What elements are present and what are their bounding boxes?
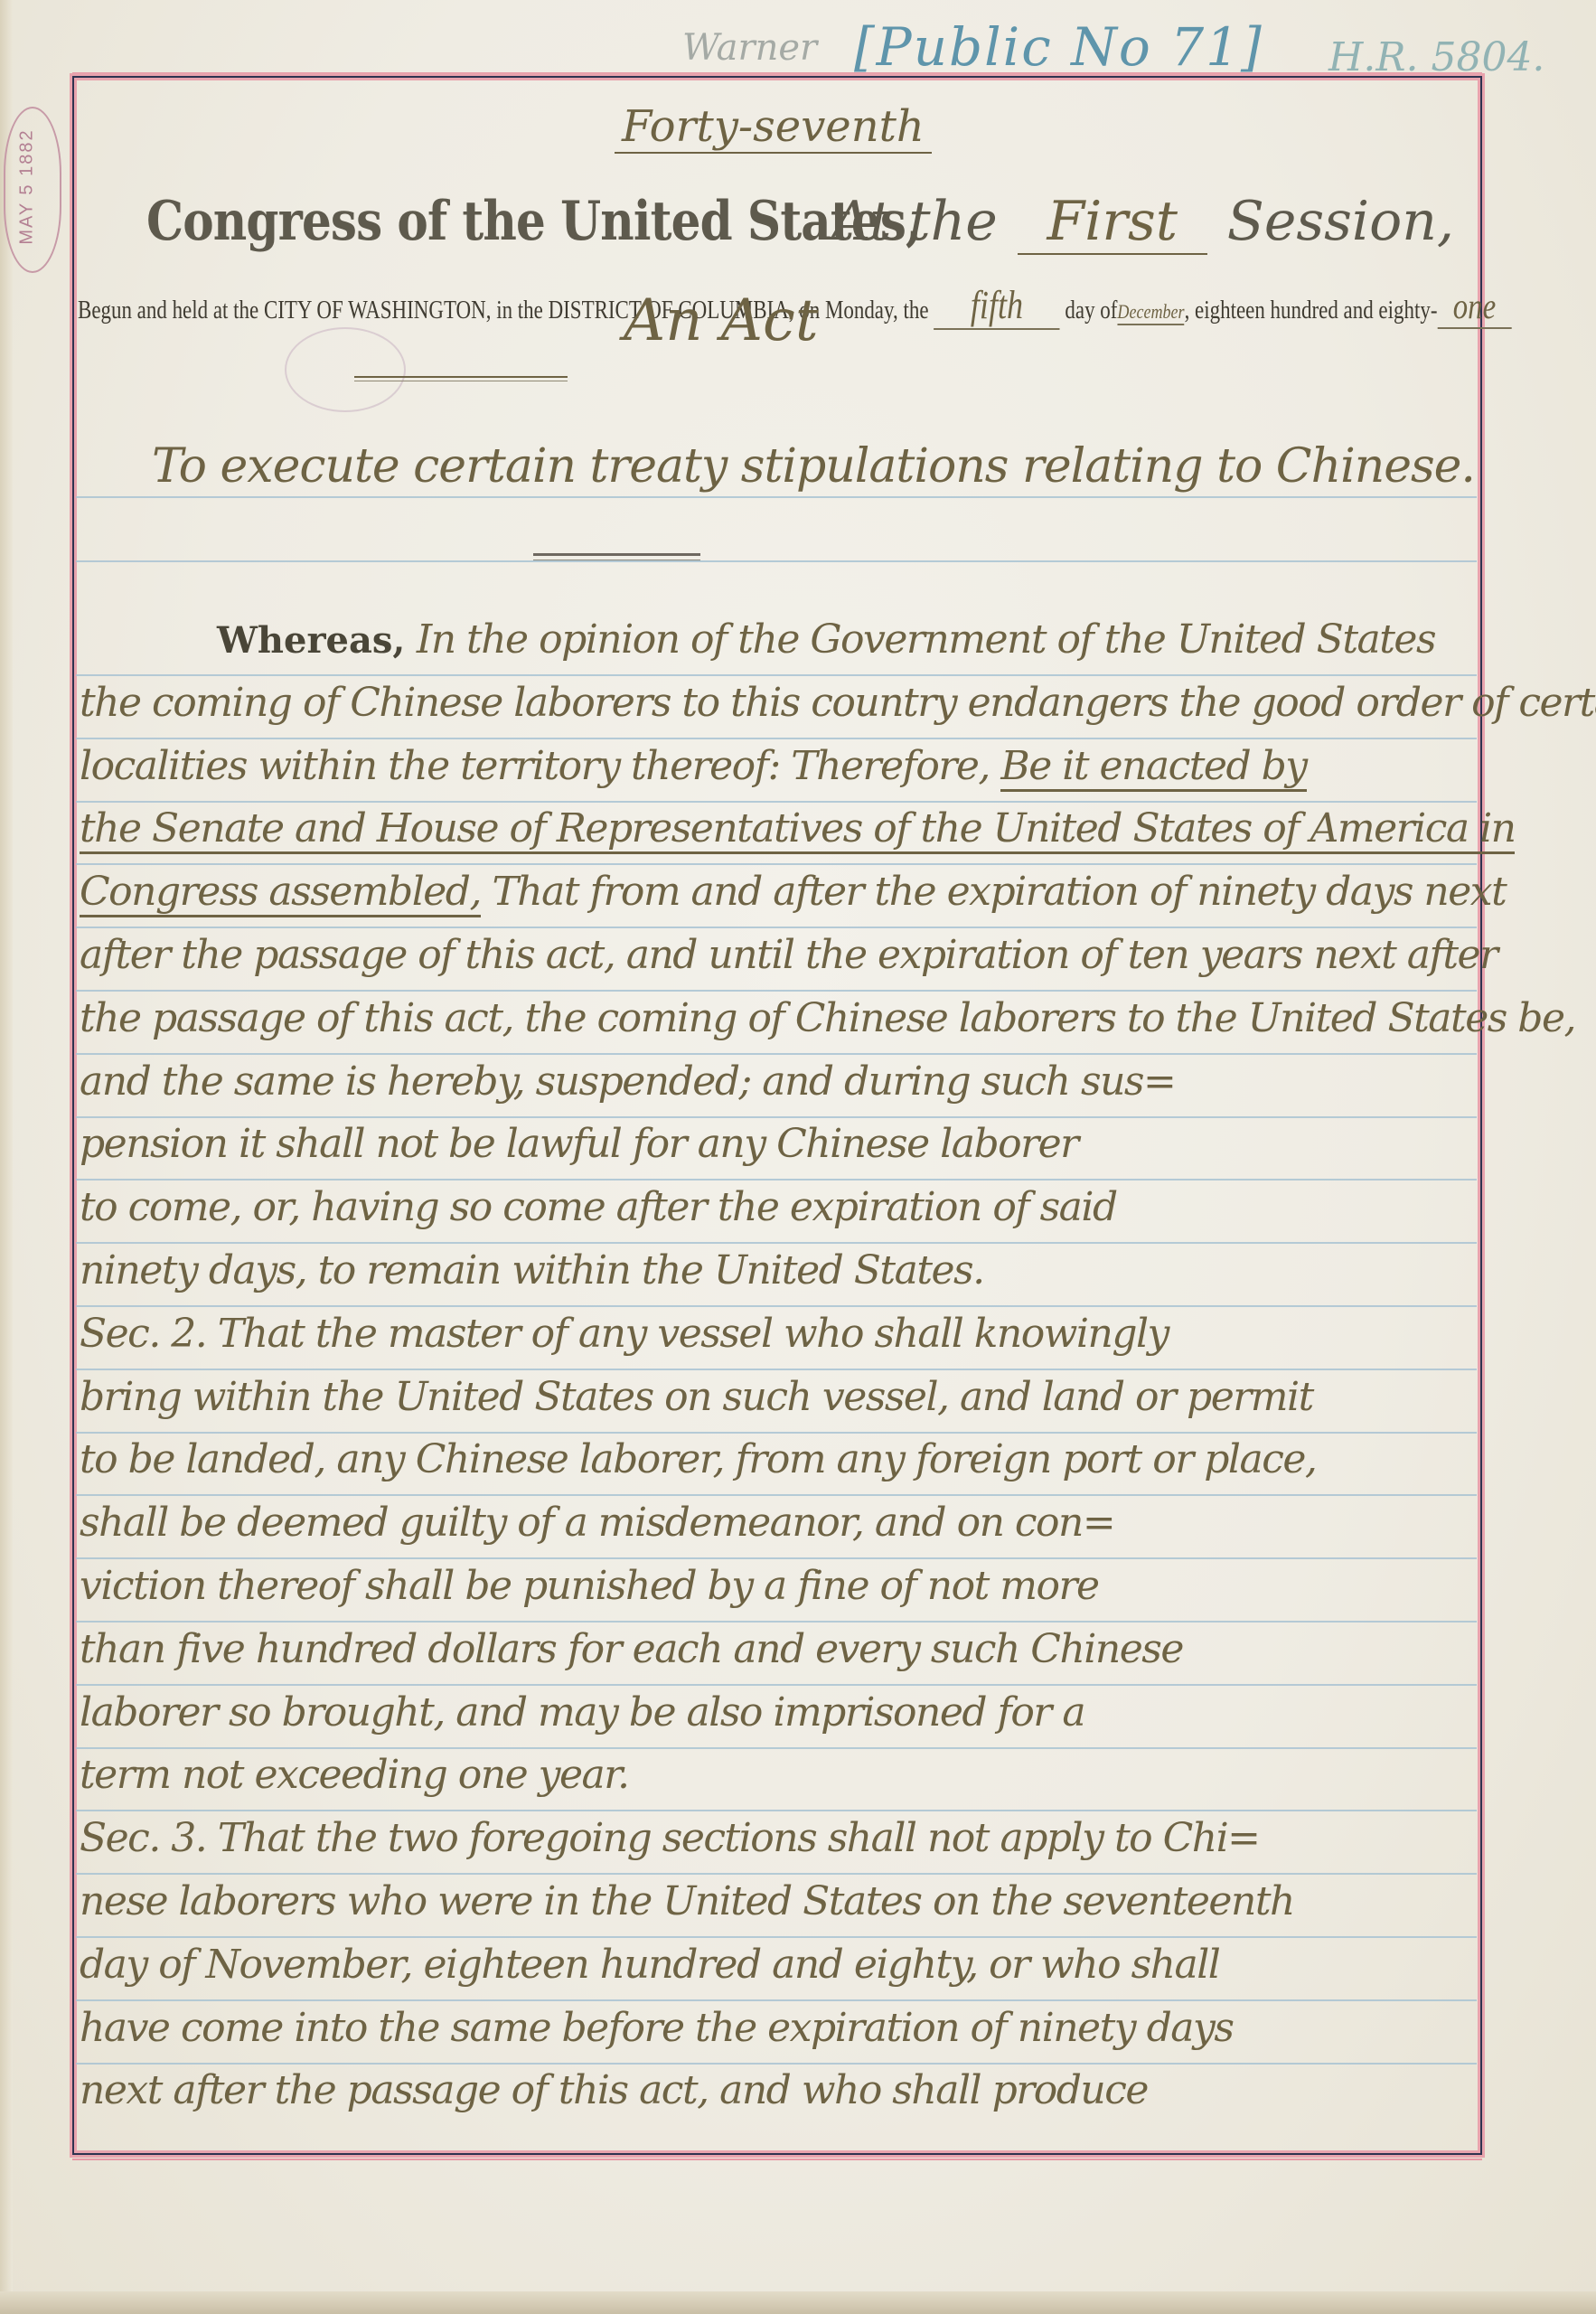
- line-text: after the passage of this act, and until…: [80, 932, 1497, 978]
- line-text: the coming of Chinese laborers to this c…: [80, 680, 1596, 726]
- act-text-line: Sec. 3. That the two foregoing sections …: [80, 1815, 1471, 1861]
- line-text: term not exceeding one year.: [80, 1752, 628, 1798]
- line-text: next after the passage of this act, and …: [80, 2067, 1148, 2113]
- an-act-label: An Act: [624, 287, 819, 354]
- line-text: the passage of this act, the coming of C…: [80, 995, 1575, 1041]
- day-fill: fifth: [934, 282, 1059, 330]
- line-text: viction thereof shall be punished by a f…: [80, 1563, 1099, 1609]
- line-text: pension it shall not be lawful for any C…: [80, 1121, 1078, 1167]
- act-text-line: after the passage of this act, and until…: [80, 932, 1471, 978]
- act-text-line: the passage of this act, the coming of C…: [80, 995, 1471, 1041]
- session-number: First: [1018, 190, 1207, 255]
- ruled-line: [76, 1494, 1477, 1496]
- act-text-line: ninety days, to remain within the United…: [80, 1247, 1471, 1293]
- month-fill: December: [1117, 300, 1184, 325]
- session-line: At theFirstSession,: [831, 190, 1454, 255]
- line-text: than five hundred dollars for each and e…: [80, 1626, 1183, 1672]
- an-act-underline: [354, 376, 568, 381]
- act-text-line: localities within the territory thereof:…: [80, 743, 1471, 789]
- line-text: nese laborers who were in the United Sta…: [80, 1878, 1294, 1924]
- line-text: to come, or, having so come after the ex…: [80, 1184, 1117, 1230]
- act-text-line: the coming of Chinese laborers to this c…: [80, 680, 1471, 726]
- title-divider: [533, 553, 700, 560]
- year-prefix: , eighteen hundred and eighty-: [1185, 296, 1438, 325]
- ruled-line: [76, 1116, 1477, 1118]
- act-text-line: and the same is hereby, suspended; and d…: [80, 1058, 1471, 1105]
- ruled-line: [76, 496, 1477, 498]
- line-text: Sec. 3. That the two foregoing sections …: [80, 1815, 1260, 1861]
- act-text-line: than five hundred dollars for each and e…: [80, 1626, 1471, 1672]
- ruled-line: [76, 1179, 1477, 1181]
- line-text: In the opinion of the Government of the …: [405, 616, 1435, 663]
- act-text-line: Sec. 2. That the master of any vessel wh…: [80, 1311, 1471, 1357]
- whereas-keyword: Whereas,: [217, 619, 405, 662]
- ruled-line: [76, 801, 1477, 803]
- line-text: have come into the same before the expir…: [80, 2005, 1233, 2051]
- act-text-line: to be landed, any Chinese laborer, from …: [80, 1436, 1471, 1482]
- line-text: That from and after the expiration of ni…: [481, 869, 1506, 915]
- ruled-line: [76, 1053, 1477, 1055]
- line-text: ninety days, to remain within the United…: [80, 1247, 984, 1293]
- act-title: To execute certain treaty stipulations r…: [152, 439, 1475, 494]
- session-suffix: Session,: [1227, 190, 1454, 253]
- ruled-line: [76, 1873, 1477, 1875]
- line-text: bring within the United States on such v…: [80, 1374, 1313, 1420]
- paper-edge: [0, 0, 13, 2314]
- act-text-line: day of November, eighteen hundred and ei…: [80, 1942, 1471, 1988]
- clerk-name-annotation: Warner: [682, 27, 817, 69]
- ruled-line: [76, 863, 1477, 865]
- frame-rule-bottom: [72, 2159, 1482, 2160]
- session-prefix: At the: [831, 190, 998, 253]
- congress-title: Congress of the United States,: [146, 190, 921, 253]
- ruled-line: [76, 1621, 1477, 1623]
- paper-edge-bottom: [0, 2291, 1596, 2314]
- frame-rule-top: [72, 72, 1482, 74]
- day-of-label: day of: [1065, 296, 1117, 325]
- year-fill: one: [1437, 285, 1511, 329]
- act-text-line: laborer so brought, and may be also impr…: [80, 1689, 1471, 1735]
- act-text-line: pension it shall not be lawful for any C…: [80, 1121, 1471, 1167]
- line-text: day of November, eighteen hundred and ei…: [80, 1942, 1219, 1988]
- act-text-line: have come into the same before the expir…: [80, 2005, 1471, 2051]
- ruled-line: [76, 2063, 1477, 2065]
- ruled-line: [76, 738, 1477, 739]
- line-text: Sec. 2. That the master of any vessel wh…: [80, 1311, 1169, 1357]
- ruled-line: [76, 990, 1477, 992]
- act-text-line: next after the passage of this act, and …: [80, 2067, 1471, 2113]
- ruled-line: [76, 1936, 1477, 1938]
- line-text: to be landed, any Chinese laborer, from …: [80, 1436, 1316, 1482]
- enacting-clause-text: Be it enacted by: [1000, 743, 1306, 792]
- enacting-clause-text: Congress assembled,: [80, 869, 481, 917]
- ruled-line: [76, 1810, 1477, 1811]
- ruled-line: [76, 674, 1477, 676]
- act-text-line: viction thereof shall be punished by a f…: [80, 1563, 1471, 1609]
- enacting-clause-text: the Senate and House of Representatives …: [80, 805, 1515, 854]
- ruled-line: [76, 1999, 1477, 2001]
- act-text-line: Whereas, In the opinion of the Governmen…: [217, 616, 1596, 663]
- line-text: laborer so brought, and may be also impr…: [80, 1689, 1084, 1735]
- received-stamp-date: MAY 5 1882: [17, 119, 38, 255]
- line-text: and the same is hereby, suspended; and d…: [80, 1058, 1175, 1105]
- ruled-line: [76, 1684, 1477, 1686]
- ruled-line: [76, 1747, 1477, 1749]
- act-text-line: nese laborers who were in the United Sta…: [80, 1878, 1471, 1924]
- ruled-line: [76, 1557, 1477, 1559]
- ruled-line: [76, 560, 1477, 562]
- act-text-line: Congress assembled, That from and after …: [80, 869, 1471, 915]
- act-text-line: shall be deemed guilty of a misdemeanor,…: [80, 1500, 1471, 1546]
- act-text-line: term not exceeding one year.: [80, 1752, 1471, 1798]
- ruled-line: [76, 1432, 1477, 1434]
- line-text: shall be deemed guilty of a misdemeanor,…: [80, 1500, 1114, 1546]
- ruled-line: [76, 1242, 1477, 1244]
- act-text-line: bring within the United States on such v…: [80, 1374, 1471, 1420]
- public-number-annotation: [Public No 71]: [854, 16, 1263, 78]
- ruled-line: [76, 1305, 1477, 1307]
- ruled-line: [76, 1369, 1477, 1370]
- ruled-line: [76, 927, 1477, 928]
- act-text-line: the Senate and House of Representatives …: [80, 805, 1471, 851]
- act-text-line: to come, or, having so come after the ex…: [80, 1184, 1471, 1230]
- line-text: localities within the territory thereof:…: [80, 743, 1000, 789]
- congress-number: Forty-seventh: [615, 101, 932, 154]
